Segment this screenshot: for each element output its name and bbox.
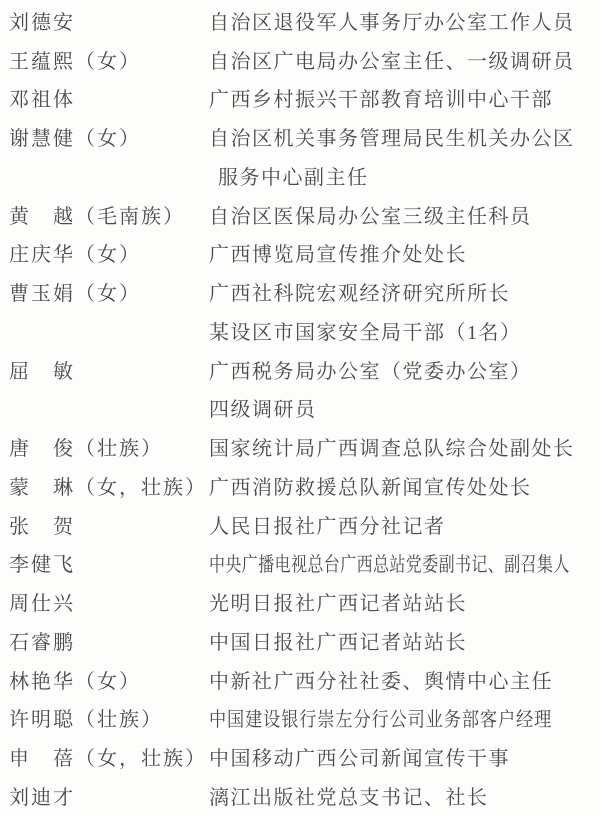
person-position: 中国日报社广西记者站站长 xyxy=(209,626,601,655)
person-name: 谢慧健（女） xyxy=(0,122,209,151)
person-position: 广西社科院宏观经济研究所所长 xyxy=(209,277,601,306)
person-name: 蒙 琳（女，壮族） xyxy=(0,471,209,500)
person-name: 林艳华（女） xyxy=(0,665,209,694)
roster-row: 刘德安 自治区退役军人事务厅办公室工作人员 xyxy=(0,1,601,40)
roster-row: 邓祖体 广西乡村振兴干部教育培训中心干部 xyxy=(0,79,601,118)
roster-row: 庄庆华（女） 广西博览局宣传推介处处长 xyxy=(0,234,601,273)
person-position: 漓江出版社党总支书记、社长 xyxy=(209,781,601,810)
person-name: 刘德安 xyxy=(0,6,209,35)
roster-row: 谢慧健（女） 自治区机关事务管理局民生机关办公区 xyxy=(0,117,601,156)
person-position: 广西乡村振兴干部教育培训中心干部 xyxy=(209,83,601,112)
roster-row-continuation: 服务中心副主任 xyxy=(0,156,601,195)
person-position: 自治区机关事务管理局民生机关办公区 xyxy=(209,122,601,151)
person-position: 广西税务局办公室（党委办公室） xyxy=(209,355,601,384)
roster-row-continuation: 四级调研员 xyxy=(0,389,601,428)
roster-row: 屈 敏 广西税务局办公室（党委办公室） xyxy=(0,350,601,389)
person-position: 光明日报社广西记者站站长 xyxy=(209,587,601,616)
roster-row: 石睿鹏 中国日报社广西记者站站长 xyxy=(0,621,601,660)
roster-row-continuation: 某设区市国家安全局干部（1名） xyxy=(0,311,601,350)
person-name: 申 蓓（女，壮族） xyxy=(0,742,209,771)
roster-row: 王蕴熙（女） 自治区广电局办公室主任、一级调研员 xyxy=(0,40,601,79)
person-name: 屈 敏 xyxy=(0,355,209,384)
person-position: 自治区广电局办公室主任、一级调研员 xyxy=(209,45,601,74)
roster-row: 李健飞 中央广播电视总台广西总站党委副书记、副召集人 xyxy=(0,544,601,583)
person-name: 石睿鹏 xyxy=(0,626,209,655)
person-name: 唐 俊（壮族） xyxy=(0,432,209,461)
person-position: 国家统计局广西调查总队综合处副处长 xyxy=(209,432,601,461)
personnel-roster: 刘德安 自治区退役军人事务厅办公室工作人员 王蕴熙（女） 自治区广电局办公室主任… xyxy=(0,1,601,815)
person-name: 刘迪才 xyxy=(0,781,209,810)
person-position: 中央广播电视总台广西总站党委副书记、副召集人 xyxy=(209,548,570,577)
document-page: 刘德安 自治区退役军人事务厅办公室工作人员 王蕴熙（女） 自治区广电局办公室主任… xyxy=(0,0,601,815)
person-name: 王蕴熙（女） xyxy=(0,45,209,74)
person-position: 广西博览局宣传推介处处长 xyxy=(209,238,601,267)
person-position: 中国建设银行崇左分行公司业务部客户经理 xyxy=(209,703,552,732)
roster-row: 申 蓓（女，壮族） 中国移动广西公司新闻宣传干事 xyxy=(0,737,601,776)
person-name: 黄 越（毛南族） xyxy=(0,200,209,229)
roster-row: 黄 越（毛南族） 自治区医保局办公室三级主任科员 xyxy=(0,195,601,234)
roster-row: 张 贺 人民日报社广西分社记者 xyxy=(0,505,601,544)
person-name: 张 贺 xyxy=(0,510,209,539)
person-name: 曹玉娟（女） xyxy=(0,277,209,306)
person-name: 李健飞 xyxy=(0,548,209,577)
person-position: 中新社广西分社社委、舆情中心主任 xyxy=(209,665,601,694)
person-position: 广西消防救援总队新闻宣传处处长 xyxy=(209,471,601,500)
person-name: 庄庆华（女） xyxy=(0,238,209,267)
roster-row: 蒙 琳（女，壮族） 广西消防救援总队新闻宣传处处长 xyxy=(0,466,601,505)
person-name: 周仕兴 xyxy=(0,587,209,616)
person-position: 某设区市国家安全局干部（1名） xyxy=(209,316,601,345)
roster-row: 周仕兴 光明日报社广西记者站站长 xyxy=(0,582,601,621)
roster-row: 刘迪才 漓江出版社党总支书记、社长 xyxy=(0,776,601,815)
person-name: 邓祖体 xyxy=(0,83,209,112)
person-position: 服务中心副主任 xyxy=(209,161,601,190)
roster-row: 林艳华（女） 中新社广西分社社委、舆情中心主任 xyxy=(0,660,601,699)
person-position: 中国移动广西公司新闻宣传干事 xyxy=(209,742,601,771)
roster-row: 许明聪（壮族） 中国建设银行崇左分行公司业务部客户经理 xyxy=(0,699,601,738)
person-position: 人民日报社广西分社记者 xyxy=(209,510,601,539)
person-position: 自治区退役军人事务厅办公室工作人员 xyxy=(209,6,601,35)
person-position: 四级调研员 xyxy=(209,393,601,422)
roster-row: 曹玉娟（女） 广西社科院宏观经济研究所所长 xyxy=(0,272,601,311)
person-position: 自治区医保局办公室三级主任科员 xyxy=(209,200,601,229)
person-name: 许明聪（壮族） xyxy=(0,703,209,732)
roster-row: 唐 俊（壮族） 国家统计局广西调查总队综合处副处长 xyxy=(0,427,601,466)
